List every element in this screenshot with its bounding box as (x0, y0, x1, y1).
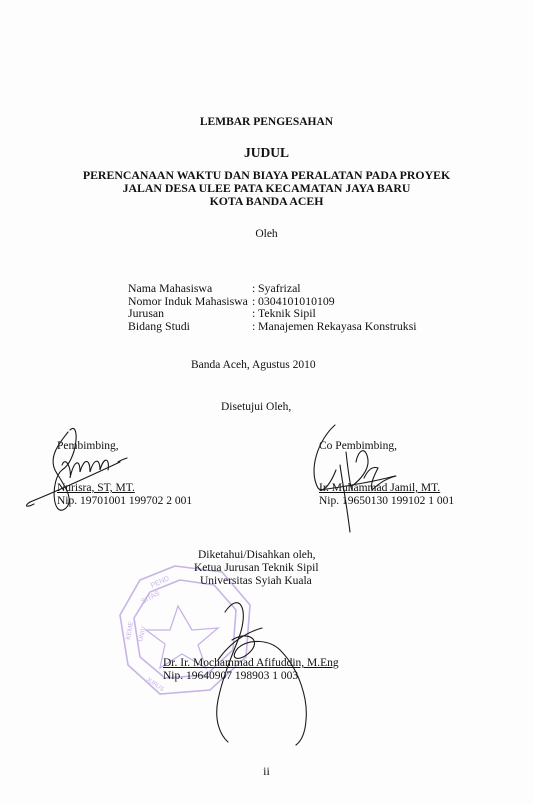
page-number: ii (0, 764, 533, 779)
head-of-department-signature (217, 603, 244, 742)
co-supervisor-signature (314, 425, 336, 490)
document-page: LEMBAR PENGESAHAN JUDUL PERENCANAAN WAKT… (0, 0, 533, 804)
signatures (0, 0, 533, 804)
